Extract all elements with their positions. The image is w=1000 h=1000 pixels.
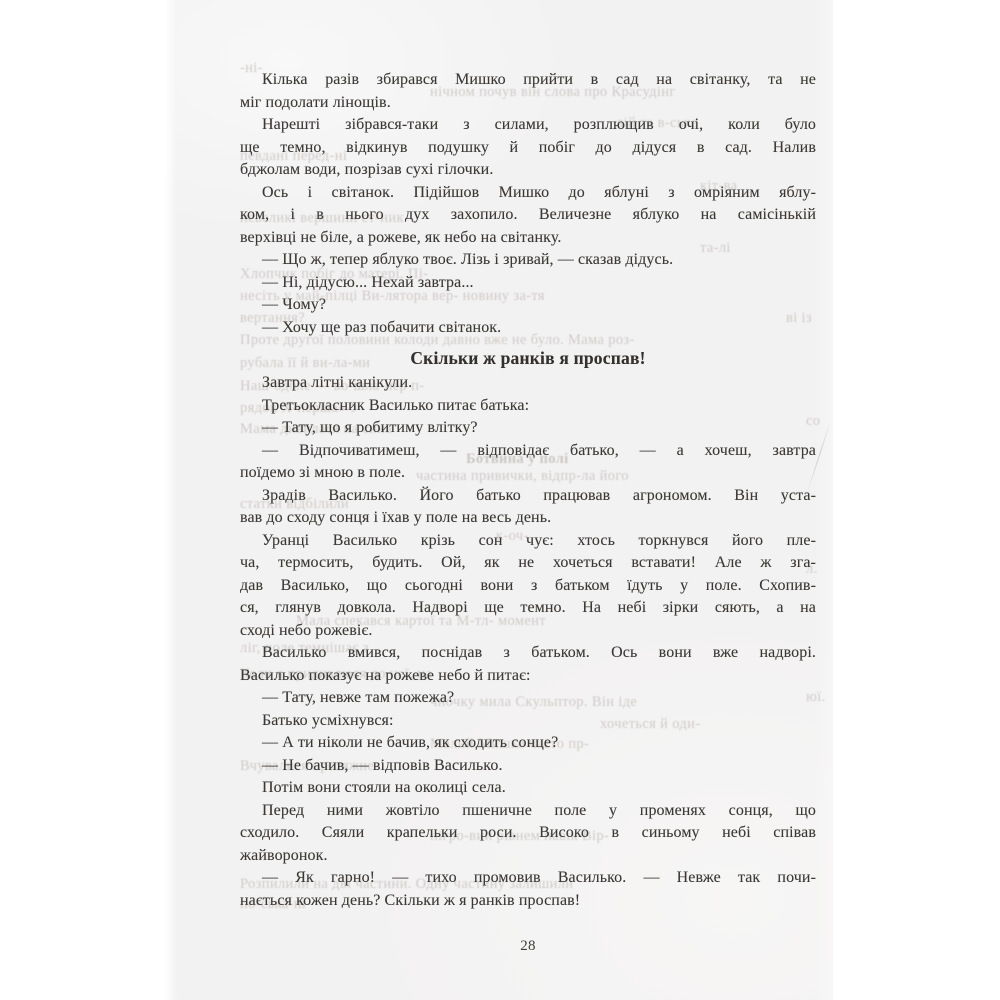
paragraph: — Відпочиватимеш, — відповідає батько, —… bbox=[240, 440, 816, 485]
text-line: — Тату, що я робитиму влітку? bbox=[240, 417, 816, 440]
text-line: Потім вони стояли на околиці села. bbox=[240, 777, 816, 800]
paragraph: Уранці Василько крізь сон чує: хтось тор… bbox=[240, 530, 816, 643]
text-line: сході небо рожевіє. bbox=[240, 620, 816, 643]
text-line: — Не бачив, — відповів Василько. bbox=[240, 755, 816, 778]
text-line: поїдемо зі мною в поле. bbox=[240, 462, 816, 485]
text-line: — А ти ніколи не бачив, як сходить сонце… bbox=[240, 732, 816, 755]
paragraph: Батько усміхнувся: bbox=[240, 710, 816, 733]
text-line: Батько усміхнувся: bbox=[240, 710, 816, 733]
text-line: — Що ж, тепер яблуко твоє. Лізь і зривай… bbox=[240, 249, 816, 272]
text-line: ще темно, відкинув подушку й побіг до ді… bbox=[240, 137, 816, 160]
book-page: -ні-нічном почув він слова про Красудінг… bbox=[166, 0, 833, 1000]
text-line: Кілька разів збирався Мишко прийти в сад… bbox=[240, 69, 816, 92]
text-line: Нарешті зібрався-таки з силами, розплющи… bbox=[240, 114, 816, 137]
scanned-book-page-canvas: -ні-нічном почув він слова про Красудінг… bbox=[0, 0, 1000, 1000]
paragraph: — Як гарно! — тихо промовив Василько. — … bbox=[240, 867, 816, 912]
paragraph: — Чому? bbox=[240, 294, 816, 317]
page-number: 28 bbox=[240, 938, 816, 955]
paragraph: Третьокласник Василько питає батька: bbox=[240, 395, 816, 418]
paragraph: Перед ними жовтіло пшеничне поле у проме… bbox=[240, 800, 816, 868]
paragraph: Нарешті зібрався-таки з силами, розплющи… bbox=[240, 114, 816, 182]
paragraph: — Тату, що я робитиму влітку? bbox=[240, 417, 816, 440]
paragraph: — Хочу ще раз побачити світанок. bbox=[240, 317, 816, 340]
story-title: Скільки ж ранків я проспав! bbox=[240, 346, 816, 370]
text-line: Уранці Василько крізь сон чує: хтось тор… bbox=[240, 530, 816, 553]
text-column: Кілька разів збирався Мишко прийти в сад… bbox=[240, 69, 816, 912]
paragraph: Кілька разів збирався Мишко прийти в сад… bbox=[240, 69, 816, 114]
text-line: нається кожен день? Скільки ж я ранків п… bbox=[240, 890, 816, 913]
paragraph: Ось і світанок. Підійшов Мишко до яблуні… bbox=[240, 182, 816, 250]
text-line: Зрадів Василько. Його батько працював аг… bbox=[240, 485, 816, 508]
text-line: ся, глянув довкола. Надворі ще темно. На… bbox=[240, 597, 816, 620]
text-line: — Тату, невже там пожежа? bbox=[240, 687, 816, 710]
text-line: бджолам води, позрізав сухі гілочки. bbox=[240, 159, 816, 182]
text-line: — Як гарно! — тихо промовив Василько. — … bbox=[240, 867, 816, 890]
text-line: Завтра літні канікули. bbox=[240, 372, 816, 395]
text-line: Ось і світанок. Підійшов Мишко до яблуні… bbox=[240, 182, 816, 205]
paragraph: Василько вмився, поснідав з батьком. Ось… bbox=[240, 642, 816, 687]
paragraph: — Не бачив, — відповів Василько. bbox=[240, 755, 816, 778]
text-line: Перед ними жовтіло пшеничне поле у проме… bbox=[240, 800, 816, 823]
paragraph: Потім вони стояли на околиці села. bbox=[240, 777, 816, 800]
text-line: Василько вмився, поснідав з батьком. Ось… bbox=[240, 642, 816, 665]
text-line: дав Василько, що сьогодні вони з батьком… bbox=[240, 575, 816, 598]
text-line: верхівці не біле, а рожеве, як небо на с… bbox=[240, 227, 816, 250]
paragraph: — Ні, дідусю... Нехай завтра... bbox=[240, 272, 816, 295]
paragraph: — Тату, невже там пожежа? bbox=[240, 687, 816, 710]
paragraph: Зрадів Василько. Його батько працював аг… bbox=[240, 485, 816, 530]
text-line: міг подолати лінощів. bbox=[240, 92, 816, 115]
text-line: ком, і в нього дух захопило. Величезне я… bbox=[240, 204, 816, 227]
text-line: — Чому? bbox=[240, 294, 816, 317]
paragraph: — А ти ніколи не бачив, як сходить сонце… bbox=[240, 732, 816, 755]
text-line: — Хочу ще раз побачити світанок. bbox=[240, 317, 816, 340]
text-line: — Відпочиватимеш, — відповідає батько, —… bbox=[240, 440, 816, 463]
text-line: сходило. Сяяли крапельки роси. Високо в … bbox=[240, 822, 816, 845]
text-line: жайворонок. bbox=[240, 845, 816, 868]
text-line: — Ні, дідусю... Нехай завтра... bbox=[240, 272, 816, 295]
text-line: ча, термосить, будить. Ой, як не хочетьс… bbox=[240, 552, 816, 575]
text-line: Третьокласник Василько питає батька: bbox=[240, 395, 816, 418]
paragraph: Завтра літні канікули. bbox=[240, 372, 816, 395]
text-line: вав до сходу сонця і їхав у поле на весь… bbox=[240, 507, 816, 530]
paragraph: — Що ж, тепер яблуко твоє. Лізь і зривай… bbox=[240, 249, 816, 272]
text-line: Василько показує на рожеве небо й питає: bbox=[240, 665, 816, 688]
